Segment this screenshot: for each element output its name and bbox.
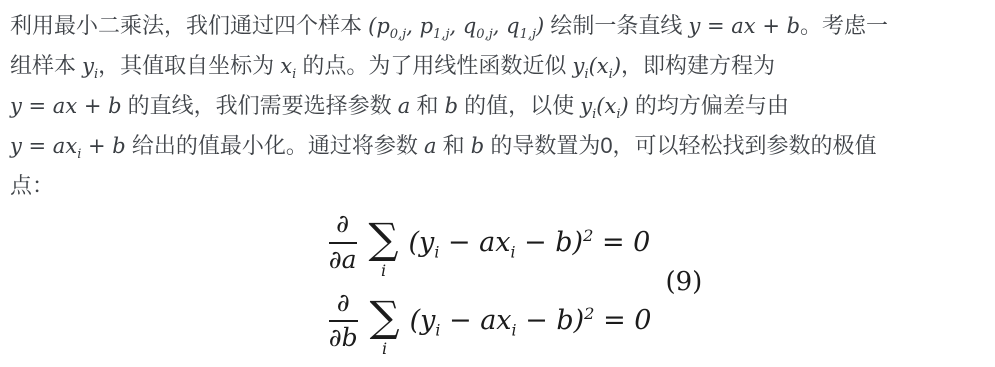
math-text: = 0 <box>594 305 651 336</box>
math-text: (x <box>589 54 609 78</box>
equation-number: (9) <box>665 267 702 297</box>
math-text: (y <box>410 305 436 336</box>
equation-row-db: ∂ ∂b ∑ i (yi − axi − b)2 = 0 <box>329 289 652 354</box>
sigma-icon: ∑ <box>370 296 400 338</box>
text-run: 点： <box>10 173 54 198</box>
text-run: ，其值取自坐标为 <box>98 53 280 78</box>
text-run: ，即构建方程为 <box>621 53 775 78</box>
summation-symbol: ∑ i <box>369 218 399 279</box>
math-subscript: 0,j <box>476 27 492 42</box>
inline-math-yixi: yi(xi) <box>580 94 628 118</box>
equation-row-da: ∂ ∂a ∑ i (yi − axi − b)2 = 0 <box>329 210 652 275</box>
text-run: 给出的值最小化。通过将参数 <box>126 133 424 158</box>
text-run: 的值，以使 <box>458 93 580 118</box>
fraction-denominator: ∂b <box>329 322 358 353</box>
math-text: (x <box>596 94 616 118</box>
math-text: (p <box>368 14 390 38</box>
math-subscript: 1,j <box>433 27 449 42</box>
text-run: 的直线，我们需要选择参数 <box>122 93 398 118</box>
inline-math-line-eq-xi: y = axi + b <box>10 134 126 158</box>
math-text: ) <box>536 14 544 38</box>
equation-body: (yi − axi − b)2 = 0 <box>410 305 652 336</box>
paragraph: 利用最小二乘法，我们通过四个样本 (p0,j, p1,j, q0,j, q1,j… <box>10 6 995 206</box>
math-superscript: 2 <box>584 304 594 323</box>
math-subscript: 1,j <box>520 27 536 42</box>
math-text: (y <box>409 227 435 258</box>
math-text: − ax <box>440 305 511 336</box>
text-run: 和 <box>437 133 471 158</box>
text-run: 的均方偏差与由 <box>629 93 789 118</box>
text-line-2: 组样本 yi，其值取自坐标为 xi 的点。为了用线性函数近似 yi(xi)，即构… <box>10 46 995 86</box>
text-run: 绘制一条直线 <box>544 13 688 38</box>
math-text: + b <box>81 134 125 158</box>
text-line-4: y = axi + b 给出的值最小化。通过将参数 a 和 b 的导数置为0，可… <box>10 126 995 166</box>
math-text: − b) <box>517 305 585 336</box>
math-superscript: 2 <box>583 226 593 245</box>
math-text: − b) <box>515 227 583 258</box>
equation-block: ∂ ∂a ∑ i (yi − axi − b)2 = 0 ∂ ∂b ∑ i <box>10 210 995 353</box>
inline-math-a: a <box>398 94 411 118</box>
math-text: , q <box>450 14 477 38</box>
partial-fraction-b: ∂ ∂b <box>329 289 358 354</box>
text-run: 的点。为了用线性函数近似 <box>296 53 572 78</box>
inline-math-line-eq: y = ax + b <box>10 94 122 118</box>
text-line-5: 点： <box>10 166 995 206</box>
text-run: 组样本 <box>10 53 82 78</box>
inline-math-xi: xi <box>280 54 296 78</box>
inline-math-b: b <box>445 94 458 118</box>
equation-column: ∂ ∂a ∑ i (yi − axi − b)2 = 0 ∂ ∂b ∑ i <box>329 210 652 353</box>
sigma-icon: ∑ <box>369 218 399 260</box>
math-text: − ax <box>439 227 510 258</box>
fraction-denominator: ∂a <box>329 244 357 275</box>
text-run: 的导数置为0，可以轻松找到参数的极值 <box>484 133 876 158</box>
document-page: 利用最小二乘法，我们通过四个样本 (p0,j, p1,j, q0,j, q1,j… <box>0 0 995 367</box>
text-run: 。考虑一 <box>800 13 888 38</box>
summation-index: i <box>381 263 386 279</box>
math-text: x <box>280 54 292 78</box>
summation-index: i <box>382 341 387 357</box>
partial-fraction-a: ∂ ∂a <box>329 210 357 275</box>
math-text: y = ax <box>10 134 77 158</box>
math-text: , p <box>406 14 433 38</box>
text-run: 和 <box>410 93 444 118</box>
math-text: = 0 <box>593 227 650 258</box>
equation-body: (yi − axi − b)2 = 0 <box>409 227 651 258</box>
inline-math-samples: (p0,j, p1,j, q0,j, q1,j) <box>368 14 544 38</box>
inline-math-yixi: yi(xi) <box>573 54 621 78</box>
math-text: ) <box>613 54 621 78</box>
math-text: y <box>573 54 585 78</box>
text-line-3: y = ax + b 的直线，我们需要选择参数 a 和 b 的值，以使 yi(x… <box>10 86 995 126</box>
math-text: ) <box>621 94 629 118</box>
text-line-1: 利用最小二乘法，我们通过四个样本 (p0,j, p1,j, q0,j, q1,j… <box>10 6 995 46</box>
fraction-numerator: ∂ <box>329 289 358 323</box>
math-text: y <box>82 54 94 78</box>
math-text: , q <box>493 14 520 38</box>
fraction-numerator: ∂ <box>329 210 357 244</box>
inline-math-yi: yi <box>82 54 98 78</box>
summation-symbol: ∑ i <box>370 296 400 357</box>
math-subscript: 0,j <box>390 27 406 42</box>
math-text: y <box>580 94 592 118</box>
inline-math-a: a <box>424 134 437 158</box>
text-run: 利用最小二乘法，我们通过四个样本 <box>10 13 368 38</box>
inline-math-b: b <box>471 134 484 158</box>
inline-math-line-eq: y = ax + b <box>688 14 800 38</box>
